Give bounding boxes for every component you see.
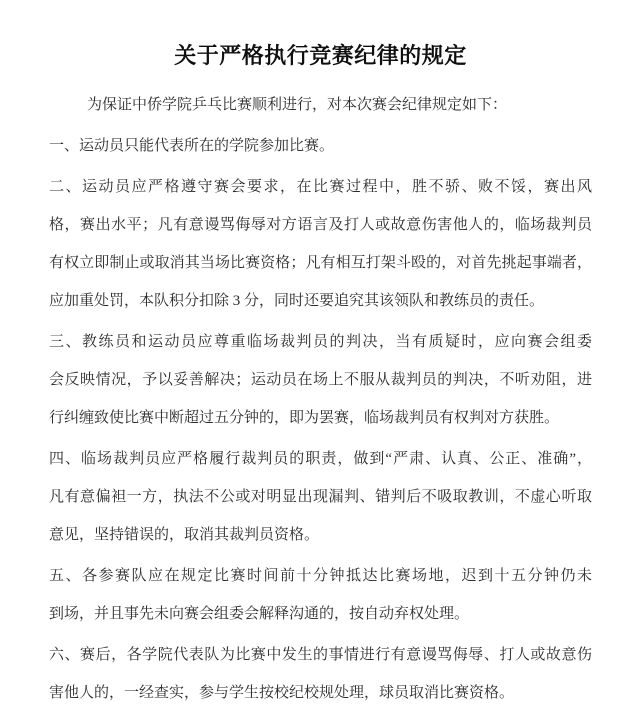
paragraph: 为保证中侨学院乒乓比赛顺利进行，对本次赛会纪律规定如下：	[49, 86, 592, 124]
text-line: 六、赛后，各学院代表队为比赛中发生的事情进行有意谩骂侮辱、打人或故意伤	[49, 636, 592, 674]
text-line: 格，赛出水平；凡有意谩骂侮辱对方语言及打人或故意伤害他人的，临场裁判员	[49, 206, 592, 244]
text-line: 行纠缠致使比赛中断超过五分钟的，即为罢赛，临场裁判员有权判对方获胜。	[49, 399, 592, 437]
text-line: 应加重处罚，本队积分扣除 3 分，同时还要追究其该领队和教练员的责任。	[49, 282, 592, 320]
paragraph: 六、赛后，各学院代表队为比赛中发生的事情进行有意谩骂侮辱、打人或故意伤害他人的，…	[49, 636, 592, 712]
paragraph: 五、各参赛队应在规定比赛时间前十分钟抵达比赛场地，迟到十五分钟仍未到场，并且事先…	[49, 557, 592, 633]
paragraph: 四、临场裁判员应严格履行裁判员的职责，做到“严肃、认真、公正、准确”，凡有意偏袒…	[49, 440, 592, 554]
text-line: 为保证中侨学院乒乓比赛顺利进行，对本次赛会纪律规定如下：	[49, 86, 592, 124]
text-line: 二、运动员应严格遵守赛会要求，在比赛过程中，胜不骄、败不馁，赛出风	[49, 168, 592, 206]
text-line: 有权立即制止或取消其当场比赛资格；凡有相互打架斗殴的，对首先挑起事端者，	[49, 244, 592, 282]
text-line: 意见，坚持错误的，取消其裁判员资格。	[49, 516, 592, 554]
text-line: 到场，并且事先未向赛会组委会解释沟通的，按自动弃权处理。	[49, 595, 592, 633]
paragraph: 二、运动员应严格遵守赛会要求，在比赛过程中，胜不骄、败不馁，赛出风格，赛出水平；…	[49, 168, 592, 320]
paragraph: 三、教练员和运动员应尊重临场裁判员的判决，当有质疑时，应向赛会组委会反映情况，予…	[49, 323, 592, 437]
text-line: 一、运动员只能代表所在的学院参加比赛。	[49, 127, 592, 165]
text-line: 四、临场裁判员应严格履行裁判员的职责，做到“严肃、认真、公正、准确”，	[49, 440, 592, 478]
text-line: 三、教练员和运动员应尊重临场裁判员的判决，当有质疑时，应向赛会组委	[49, 323, 592, 361]
text-line: 会反映情况，予以妥善解决；运动员在场上不服从裁判员的判决，不听劝阻，进	[49, 361, 592, 399]
document-title: 关于严格执行竞赛纪律的规定	[49, 42, 592, 70]
text-line: 害他人的，一经查实，参与学生按校纪校规处理，球员取消比赛资格。	[49, 674, 592, 712]
document-body: 为保证中侨学院乒乓比赛顺利进行，对本次赛会纪律规定如下：一、运动员只能代表所在的…	[49, 86, 592, 712]
text-line: 凡有意偏袒一方，执法不公或对明显出现漏判、错判后不吸取教训，不虚心听取	[49, 478, 592, 516]
text-line: 五、各参赛队应在规定比赛时间前十分钟抵达比赛场地，迟到十五分钟仍未	[49, 557, 592, 595]
paragraph: 一、运动员只能代表所在的学院参加比赛。	[49, 127, 592, 165]
document-page: 关于严格执行竞赛纪律的规定 为保证中侨学院乒乓比赛顺利进行，对本次赛会纪律规定如…	[0, 0, 639, 714]
